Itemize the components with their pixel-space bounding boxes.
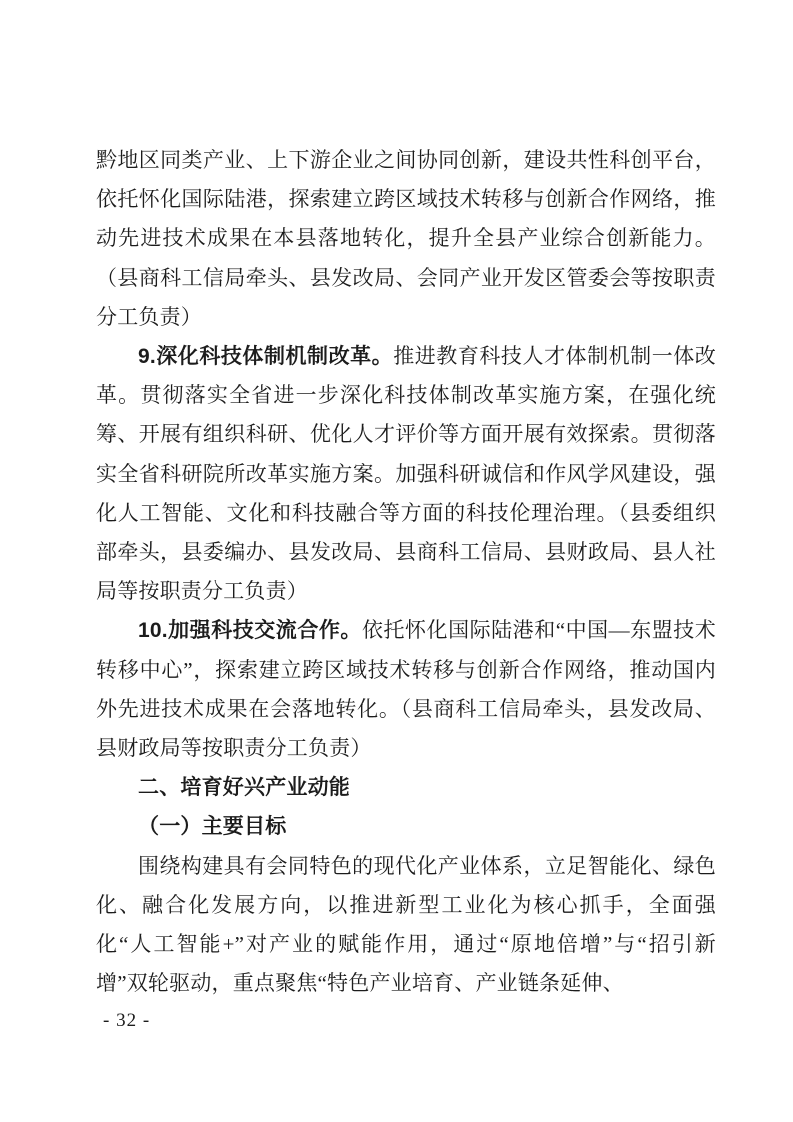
paragraph-8-continuation: 黔地区同类产业、上下游企业之间协同创新，建设共性科创平台，依托怀化国际陆港，探索…: [96, 141, 716, 337]
paragraph-text: 推进教育科技人才体制机制一体改革。贯彻落实全省进一步深化科技体制改革实施方案，在…: [96, 344, 716, 603]
paragraph-text: 黔地区同类产业、上下游企业之间协同创新，建设共性科创平台，依托怀化国际陆港，探索…: [96, 148, 716, 329]
paragraph-10-bold-lead: 10.加强科技交流合作。: [138, 619, 362, 642]
document-body: 黔地区同类产业、上下游企业之间协同创新，建设共性科创平台，依托怀化国际陆港，探索…: [96, 141, 716, 1003]
page-number: - 32 -: [103, 1010, 150, 1032]
subsection-heading-2-1: （一）主要目标: [96, 807, 716, 846]
section-heading-2: 二、培育好兴产业动能: [96, 768, 716, 807]
document-page: 黔地区同类产业、上下游企业之间协同创新，建设共性科创平台，依托怀化国际陆港，探索…: [0, 0, 793, 1122]
paragraph-text: 围绕构建具有会同特色的现代化产业体系，立足智能化、绿色化、融合化发展方向，以推进…: [96, 854, 716, 996]
paragraph-9: 9.深化科技体制机制改革。推进教育科技人才体制机制一体改革。贯彻落实全省进一步深…: [96, 337, 716, 611]
paragraph-10: 10.加强科技交流合作。依托怀化国际陆港和“中国—东盟技术转移中心”，探索建立跨…: [96, 611, 716, 768]
paragraph-main-goal: 围绕构建具有会同特色的现代化产业体系，立足智能化、绿色化、融合化发展方向，以推进…: [96, 847, 716, 1004]
paragraph-9-bold-lead: 9.深化科技体制机制改革。: [138, 345, 393, 368]
